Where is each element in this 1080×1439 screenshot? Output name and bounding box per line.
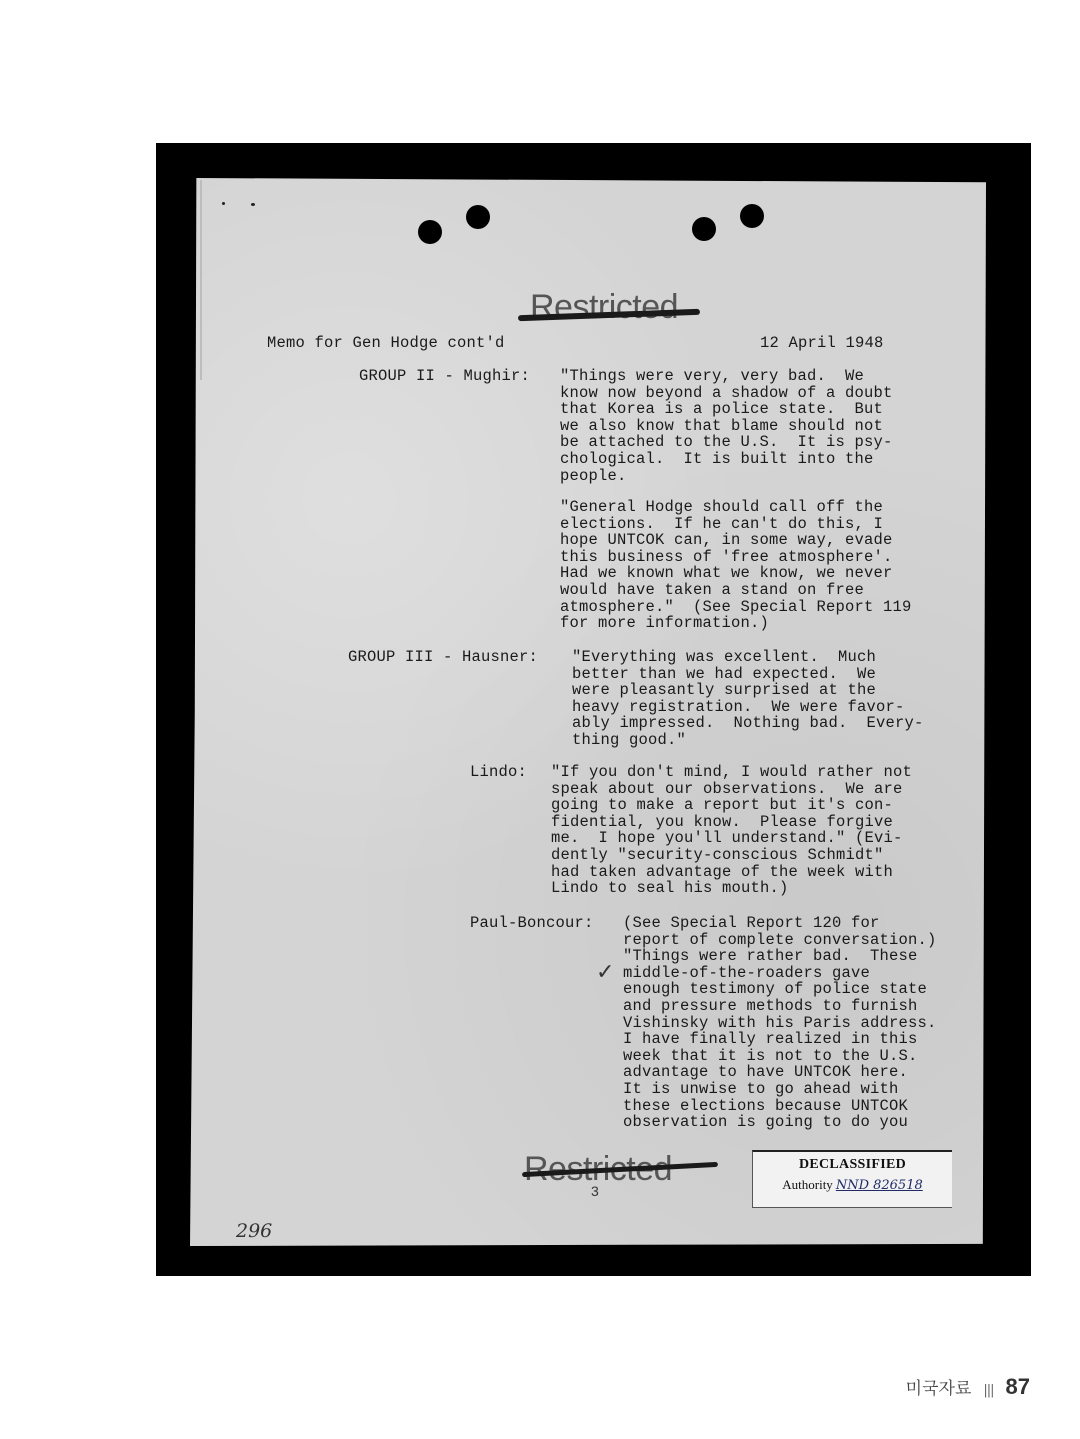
handwritten-corner-note: 296 (236, 1220, 272, 1242)
punch-hole (418, 220, 442, 244)
declassified-title: DECLASSIFIED (753, 1157, 952, 1173)
restricted-stamp-top: Restricted (530, 288, 678, 327)
margin-checkmark-icon: ✓ (596, 960, 614, 985)
statement-mughir-2: "General Hodge should call off the elect… (560, 499, 912, 632)
statement-mughir-1: "Things were very, very bad. We know now… (560, 368, 893, 484)
speaker-label-hausner: GROUP III - Hausner: (348, 649, 538, 666)
document-page-number: 3 (591, 1183, 599, 1199)
footer-divider: ||| (983, 1383, 993, 1398)
punch-hole (466, 205, 490, 229)
footer-page-number: 87 (1006, 1374, 1030, 1400)
authority-label: Authority (782, 1177, 833, 1192)
book-footer: 미국자료 ||| 87 (906, 1374, 1030, 1400)
paper-speck (251, 203, 255, 206)
statement-lindo: "If you don't mind, I would rather not s… (551, 764, 912, 897)
authority-value: NND 826518 (836, 1178, 923, 1193)
memo-header: Memo for Gen Hodge cont'd (267, 335, 505, 352)
speaker-label-paul-boncour: Paul-Boncour: (470, 915, 594, 932)
statement-hausner: "Everything was excellent. Much better t… (572, 649, 924, 749)
paper-fold-edge (200, 180, 202, 380)
memo-date: 12 April 1948 (760, 335, 884, 352)
paper-speck (222, 202, 225, 205)
footer-section-label: 미국자료 (906, 1374, 972, 1399)
declassified-stamp: DECLASSIFIED AuthorityNND 826518 (752, 1150, 952, 1208)
speaker-label-lindo: Lindo: (470, 764, 527, 781)
speaker-label-mughir: GROUP II - Mughir: (359, 368, 530, 385)
punch-hole (740, 204, 764, 228)
declassified-authority: AuthorityNND 826518 (753, 1177, 952, 1193)
punch-hole (692, 217, 716, 241)
statement-paul-boncour: (See Special Report 120 for report of co… (623, 915, 937, 1131)
